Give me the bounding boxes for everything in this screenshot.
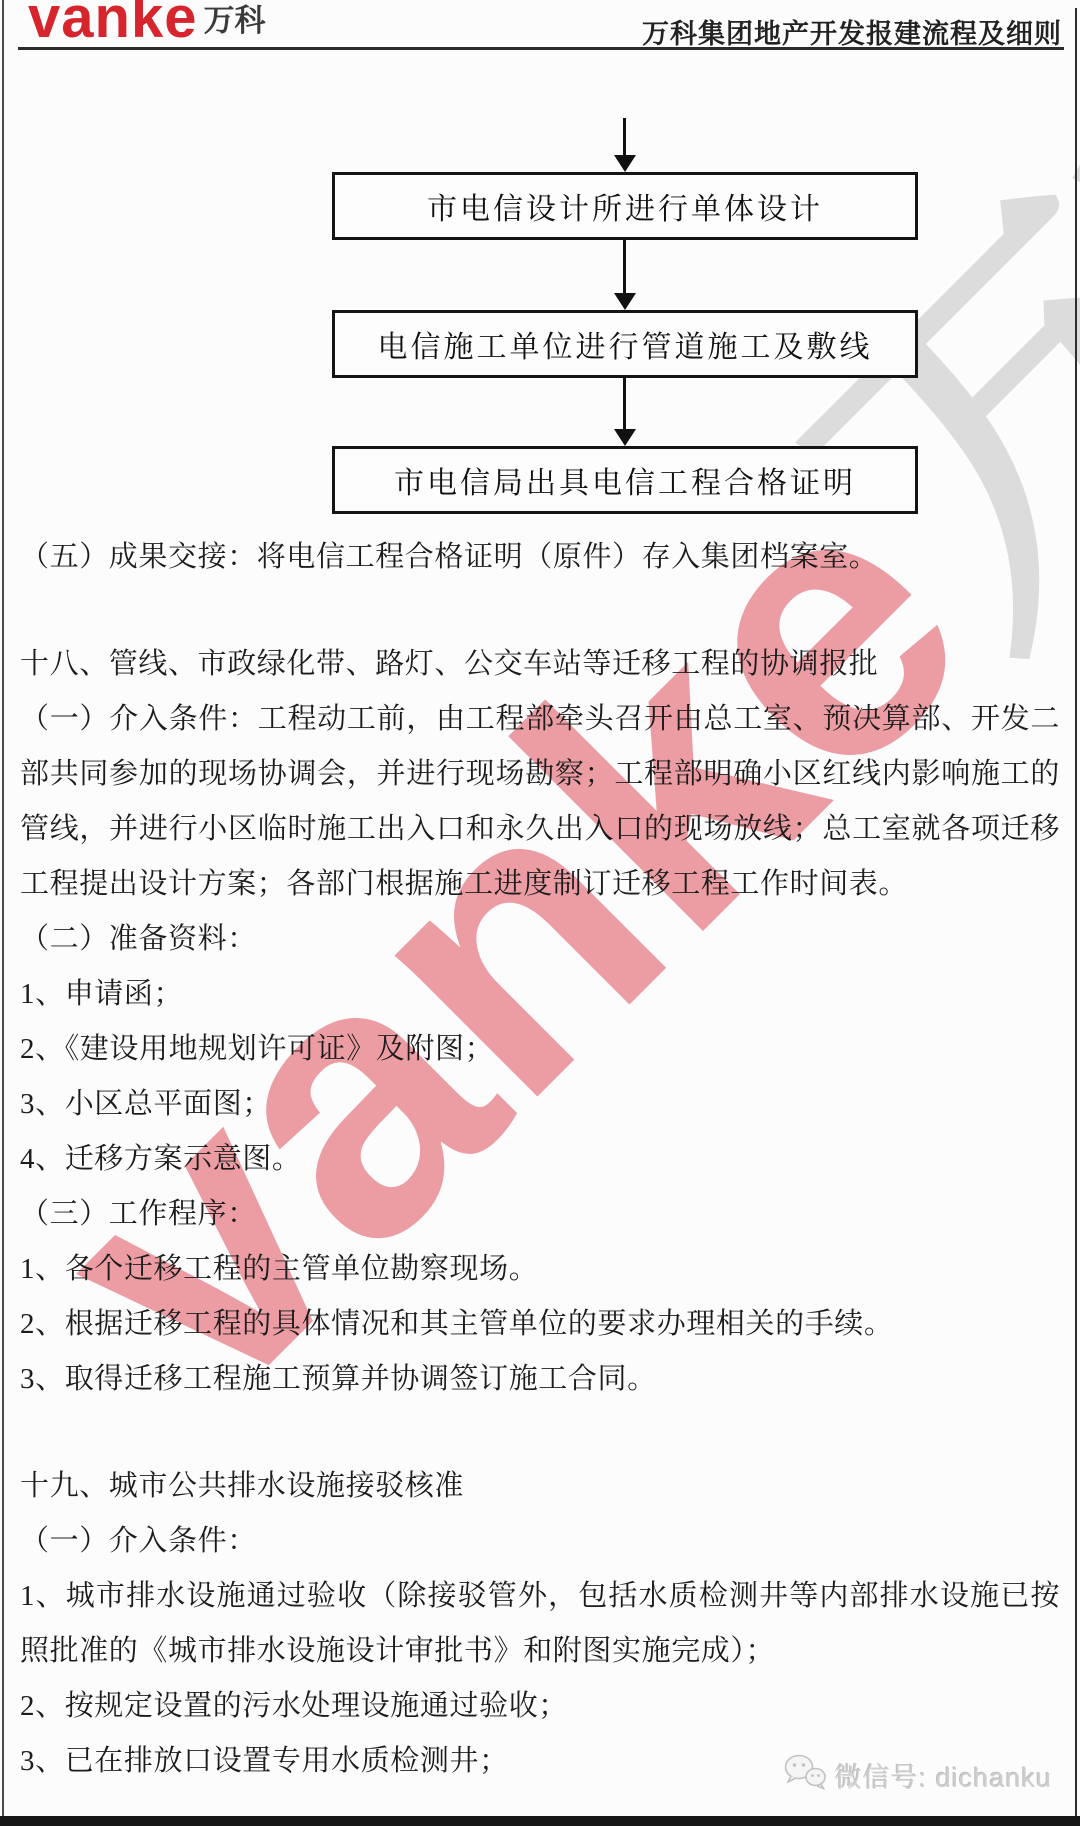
arrow-shaft [623,240,626,294]
list-item: 4、迁移方案示意图。 [20,1132,1060,1187]
paragraph-line: 1、城市排水设施通过验收（除接驳管外，包括水质检测井等内部排水设施已按照批准的《… [20,1569,1060,1679]
flow-step-box: 电信施工单位进行管道施工及敷线 [332,310,918,378]
section-heading: 十九、城市公共排水设施接驳核准 [20,1459,1060,1514]
flow-step-box: 市电信局出具电信工程合格证明 [332,446,918,514]
flow-step-label: 市电信设计所进行单体设计 [427,184,823,228]
page-right-border [1075,8,1077,1816]
list-item: 1、申请函； [20,967,1060,1022]
page-header: vanke万科 万科集团地产开发报建流程及细则 [0,0,1080,52]
down-arrow-icon [332,118,918,172]
document-body: （五）成果交接：将电信工程合格证明（原件）存入集团档案室。 十八、管线、市政绿化… [20,530,1060,1789]
vanke-logo-cjk: 万科 [203,3,265,38]
arrow-head [614,155,636,172]
vanke-logo: vanke万科 [28,0,265,51]
page-left-border [2,0,4,1816]
list-item: 2、根据迁移工程的具体情况和其主管单位的要求办理相关的手续。 [20,1297,1060,1352]
flow-step-label: 市电信局出具电信工程合格证明 [394,458,856,502]
wechat-id-label: 微信号: dichanku [835,1756,1052,1795]
paragraph-line: （一）介入条件：工程动工前，由工程部牵头召开由总工室、预决算部、开发二部共同参加… [20,692,1060,912]
arrow-shaft [623,378,626,430]
wechat-footer: 微信号: dichanku [783,1753,1052,1798]
wechat-icon [783,1753,827,1798]
list-item: 3、取得迁移工程施工预算并协调签订施工合同。 [20,1352,1060,1407]
vanke-logo-latin: vanke [28,0,197,50]
flow-step-box: 市电信设计所进行单体设计 [332,172,918,240]
list-item: 3、小区总平面图； [20,1077,1060,1132]
paragraph-line: （三）工作程序： [20,1187,1060,1242]
paragraph-line: （一）介入条件： [20,1514,1060,1569]
arrow-head [614,429,636,446]
flow-step-label: 电信施工单位进行管道施工及敷线 [378,322,873,366]
list-item: 2、按规定设置的污水处理设施通过验收； [20,1679,1060,1734]
section-heading: 十八、管线、市政绿化带、路灯、公交车站等迁移工程的协调报批 [20,637,1060,692]
paragraph-line: （二）准备资料： [20,912,1060,967]
document-page: vanke万科 vanke万科 万科集团地产开发报建流程及细则 市电信设计所进行… [0,0,1080,1826]
paragraph-line: （五）成果交接：将电信工程合格证明（原件）存入集团档案室。 [20,530,1060,585]
telecom-flowchart: 市电信设计所进行单体设计 电信施工单位进行管道施工及敷线 市电信局出具电信工程合… [332,118,918,514]
list-item: 1、各个迁移工程的主管单位勘察现场。 [20,1242,1060,1297]
arrow-shaft [623,118,626,156]
down-arrow-icon [332,378,918,446]
arrow-head [614,293,636,310]
down-arrow-icon [332,240,918,310]
page-bottom-band [0,1816,1080,1826]
document-title: 万科集团地产开发报建流程及细则 [642,12,1062,51]
header-divider [18,47,1064,50]
list-item: 2、《建设用地规划许可证》及附图； [20,1022,1060,1077]
